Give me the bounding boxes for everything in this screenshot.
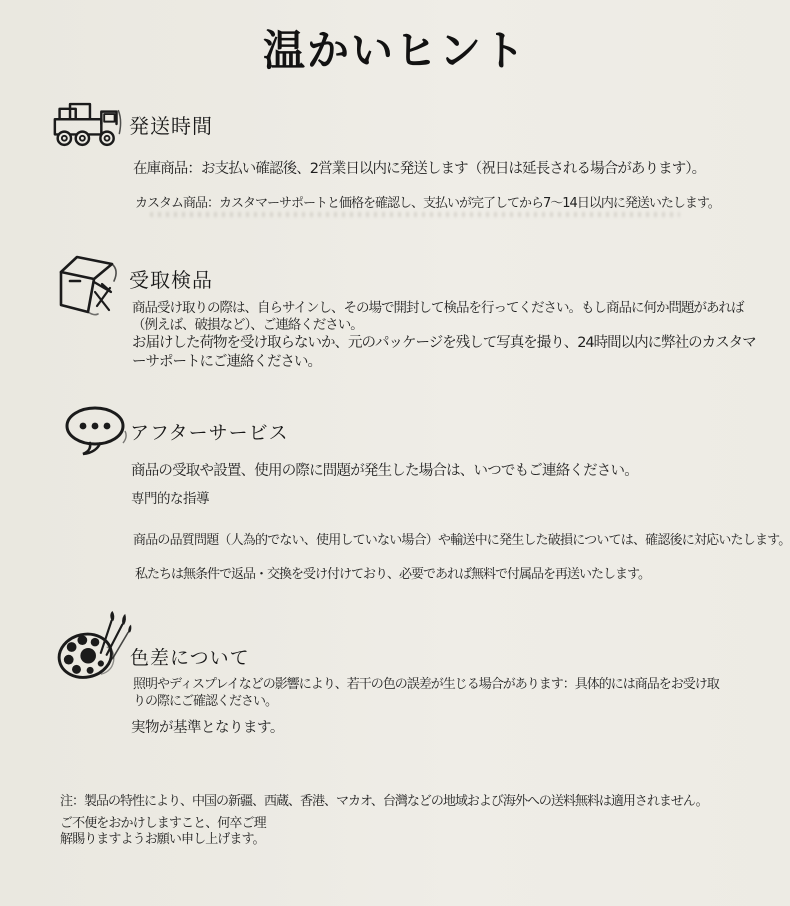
chat-bubble-icon	[62, 404, 136, 458]
inspection-refuse-text: お届けした荷物を受け取らないか、元のパッケージを残して写真を撮り、24時間以内に…	[132, 334, 762, 371]
section-heading-service: アフターサービス	[130, 420, 289, 446]
service-return-text: 私たちは無条件で返品・交換を受け付けており、必要であれば無料で付属品を再送いたし…	[135, 563, 650, 582]
section-heading-color: 色差について	[130, 644, 250, 672]
truck-icon	[52, 101, 126, 147]
section-heading-inspection: 受取検品	[129, 266, 213, 294]
page-title: 温かいヒント	[0, 18, 790, 78]
service-quality-text: 商品の品質問題（人為的でない、使用していない場合）や輸送中に発生した破損について…	[133, 529, 790, 548]
package-icon	[54, 252, 122, 318]
service-contact-text: 商品の受取や設置、使用の際に問題が発生した場合は、いつでもご連絡ください。	[131, 459, 638, 480]
footer-shipping-exclusion-note: 注：製品の特性により、中国の新疆、西蔵、香港、マカオ、台灣などの地域および海外へ…	[60, 790, 708, 809]
palette-icon	[56, 610, 134, 684]
warm-tips-panel: 温かいヒント	[0, 0, 790, 906]
color-standard-text: 実物が基準となります。	[131, 716, 284, 737]
service-guidance-text: 専門的な指導	[131, 487, 209, 507]
shipping-stock-text: 在庫商品：お支払い確認後、2営業日以内に発送します（祝日は延長される場合がありま…	[133, 157, 705, 178]
footer-apology-note: ご不便をおかけしますこと、何卒ご理 解賜りますようお願い申し上げます。	[60, 816, 266, 847]
inspection-sign-text: 商品受け取りの際は、自らサインし、その場で開封して検品を行ってください。もし商品…	[132, 300, 764, 333]
faded-text-artifact	[150, 212, 680, 217]
shipping-custom-text: カスタム商品：カスタマーサポートと価格を確認し、支払いが完了してから7～14日以…	[135, 192, 720, 211]
color-lighting-text: 照明やディスプレイなどの影響により、若干の色の誤差が生じる場合があります：具体的…	[133, 676, 725, 710]
section-heading-shipping: 発送時間	[129, 112, 213, 140]
